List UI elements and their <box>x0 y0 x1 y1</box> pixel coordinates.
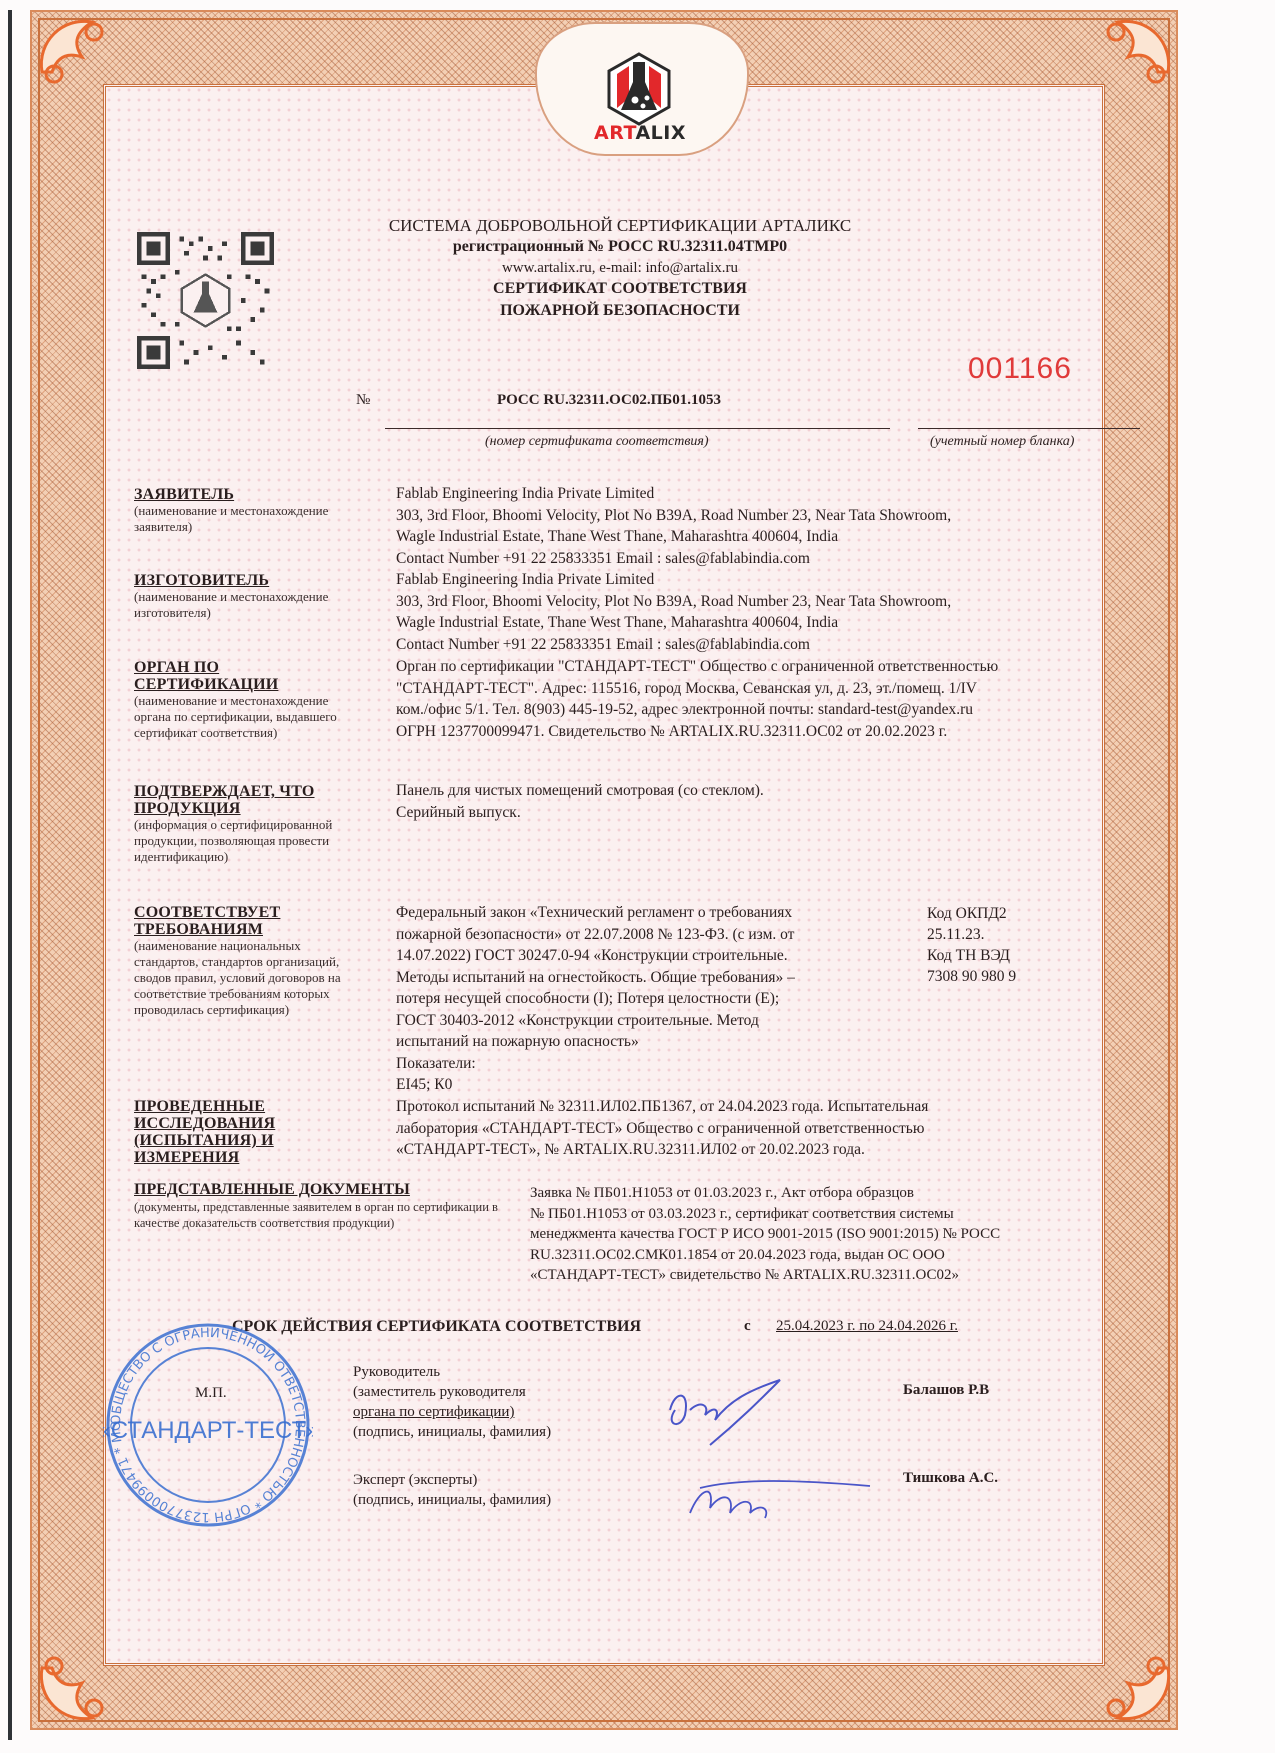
manufacturer-sublabel: (наименование и местонахождение изготови… <box>134 589 359 621</box>
document-title: СЕРТИФИКАТ СООТВЕТСТВИЯ <box>360 280 880 298</box>
head-label-line: Руководитель <box>353 1362 551 1382</box>
cert-body-sublabel: (наименование и местонахождение органа п… <box>134 693 349 741</box>
head-signature-label: Руководитель (заместитель руководителя о… <box>353 1362 551 1442</box>
registration-number: регистрационный № РОСС RU.32311.04ТМР0 <box>360 238 880 256</box>
validity-dates: 25.04.2023 г. по 24.04.2026 г. <box>776 1318 958 1335</box>
brand-red-part: ART <box>594 122 635 144</box>
artalix-flask-logo-icon <box>607 52 671 126</box>
requirements-label-block: СООТВЕТСТВУЕТ ТРЕБОВАНИЯМ (наименование … <box>134 904 364 1018</box>
document-subtitle: ПОЖАРНОЙ БЕЗОПАСНОСТИ <box>360 302 880 320</box>
applicant-value: Fablab Engineering India Private Limited… <box>396 483 951 569</box>
system-contacts: www.artalix.ru, e-mail: info@artalix.ru <box>360 260 880 277</box>
documents-label: ПРЕДСТАВЛЕННЫЕ ДОКУМЕНТЫ <box>134 1181 504 1199</box>
product-label-block: ПОДТВЕРЖДАЕТ, ЧТО ПРОДУКЦИЯ (информация … <box>134 783 374 865</box>
brand-wordmark: ARTALIX <box>585 122 695 144</box>
applicant-sublabel: (наименование и местонахождение заявител… <box>134 503 354 535</box>
cert-body-value: Орган по сертификации "СТАНДАРТ-ТЕСТ" Об… <box>396 656 998 742</box>
product-value: Панель для чистых помещений смотровая (с… <box>396 780 764 823</box>
tests-value: Протокол испытаний № 32311.ИЛ02.ПБ1367, … <box>396 1096 928 1161</box>
tests-label: ПРОВЕДЕННЫЕ ИССЛЕДОВАНИЯ (ИСПЫТАНИЯ) И И… <box>134 1098 334 1166</box>
documents-sublabel: (документы, представленные заявителем в … <box>134 1199 504 1231</box>
certificate-number: РОСС RU.32311.ОС02.ПБ01.1053 <box>497 392 721 409</box>
manufacturer-label: ИЗГОТОВИТЕЛЬ <box>134 572 359 589</box>
manufacturer-value: Fablab Engineering India Private Limited… <box>396 569 951 655</box>
validity-from-word: с <box>744 1318 751 1335</box>
blank-number-line <box>918 428 1140 429</box>
blank-number-caption: (учетный номер бланка) <box>930 434 1074 450</box>
head-signature-icon <box>660 1370 840 1450</box>
requirements-value: Федеральный закон «Технический регламент… <box>396 902 795 1096</box>
requirements-sublabel: (наименование национальных стандартов, с… <box>134 938 364 1018</box>
number-sign: № <box>356 392 370 409</box>
requirements-label: СООТВЕТСТВУЕТ ТРЕБОВАНИЯМ <box>134 904 364 938</box>
documents-label-block: ПРЕДСТАВЛЕННЫЕ ДОКУМЕНТЫ (документы, пре… <box>134 1181 504 1231</box>
head-label-line: (заместитель руководителя <box>353 1382 551 1402</box>
stamp-place-mark: М.П. <box>195 1385 227 1402</box>
cert-body-label: ОРГАН ПО СЕРТИФИКАЦИИ <box>134 659 349 693</box>
product-label: ПОДТВЕРЖДАЕТ, ЧТО ПРОДУКЦИЯ <box>134 783 374 817</box>
expert-label-line: Эксперт (эксперты) <box>353 1470 551 1490</box>
scan-edge <box>8 10 12 1740</box>
product-sublabel: (информация о сертифицированной продукци… <box>134 817 374 865</box>
applicant-label: ЗАЯВИТЕЛЬ <box>134 486 354 503</box>
blank-serial-number: 001166 <box>968 352 1072 386</box>
expert-signature-label: Эксперт (эксперты) (подпись, инициалы, ф… <box>353 1470 551 1510</box>
expert-name: Тишкова А.С. <box>903 1470 998 1487</box>
tests-label-block: ПРОВЕДЕННЫЕ ИССЛЕДОВАНИЯ (ИСПЫТАНИЯ) И И… <box>134 1098 334 1166</box>
head-label-line: органа по сертификации) <box>353 1402 551 1422</box>
expert-signature-icon <box>680 1468 880 1528</box>
system-title: СИСТЕМА ДОБРОВОЛЬНОЙ СЕРТИФИКАЦИИ АРТАЛИ… <box>360 216 880 236</box>
applicant-label-block: ЗАЯВИТЕЛЬ (наименование и местонахождени… <box>134 486 354 535</box>
organization-stamp-icon: ОБЩЕСТВО С ОГРАНИЧЕННОЙ ОТВЕТСТВЕННОСТЬЮ… <box>103 1320 313 1530</box>
head-name: Балашов Р.В <box>903 1382 989 1399</box>
certificate-number-caption: (номер сертификата соответствия) <box>485 434 709 450</box>
head-label-line: (подпись, инициалы, фамилия) <box>353 1422 551 1442</box>
stamp-center-text: «СТАНДАРТ-ТЕСТ» <box>103 1417 313 1444</box>
product-codes: Код ОКПД2 25.11.23. Код ТН ВЭД 7308 90 9… <box>927 903 1016 987</box>
brand-dark-part: ALIX <box>635 122 686 144</box>
qr-code-icon <box>137 232 274 369</box>
expert-label-line: (подпись, инициалы, фамилия) <box>353 1490 551 1510</box>
certificate-number-line <box>385 428 890 429</box>
documents-value: Заявка № ПБ01.Н1053 от 01.03.2023 г., Ак… <box>530 1183 1000 1286</box>
manufacturer-label-block: ИЗГОТОВИТЕЛЬ (наименование и местонахожд… <box>134 572 359 621</box>
cert-body-label-block: ОРГАН ПО СЕРТИФИКАЦИИ (наименование и ме… <box>134 659 349 741</box>
